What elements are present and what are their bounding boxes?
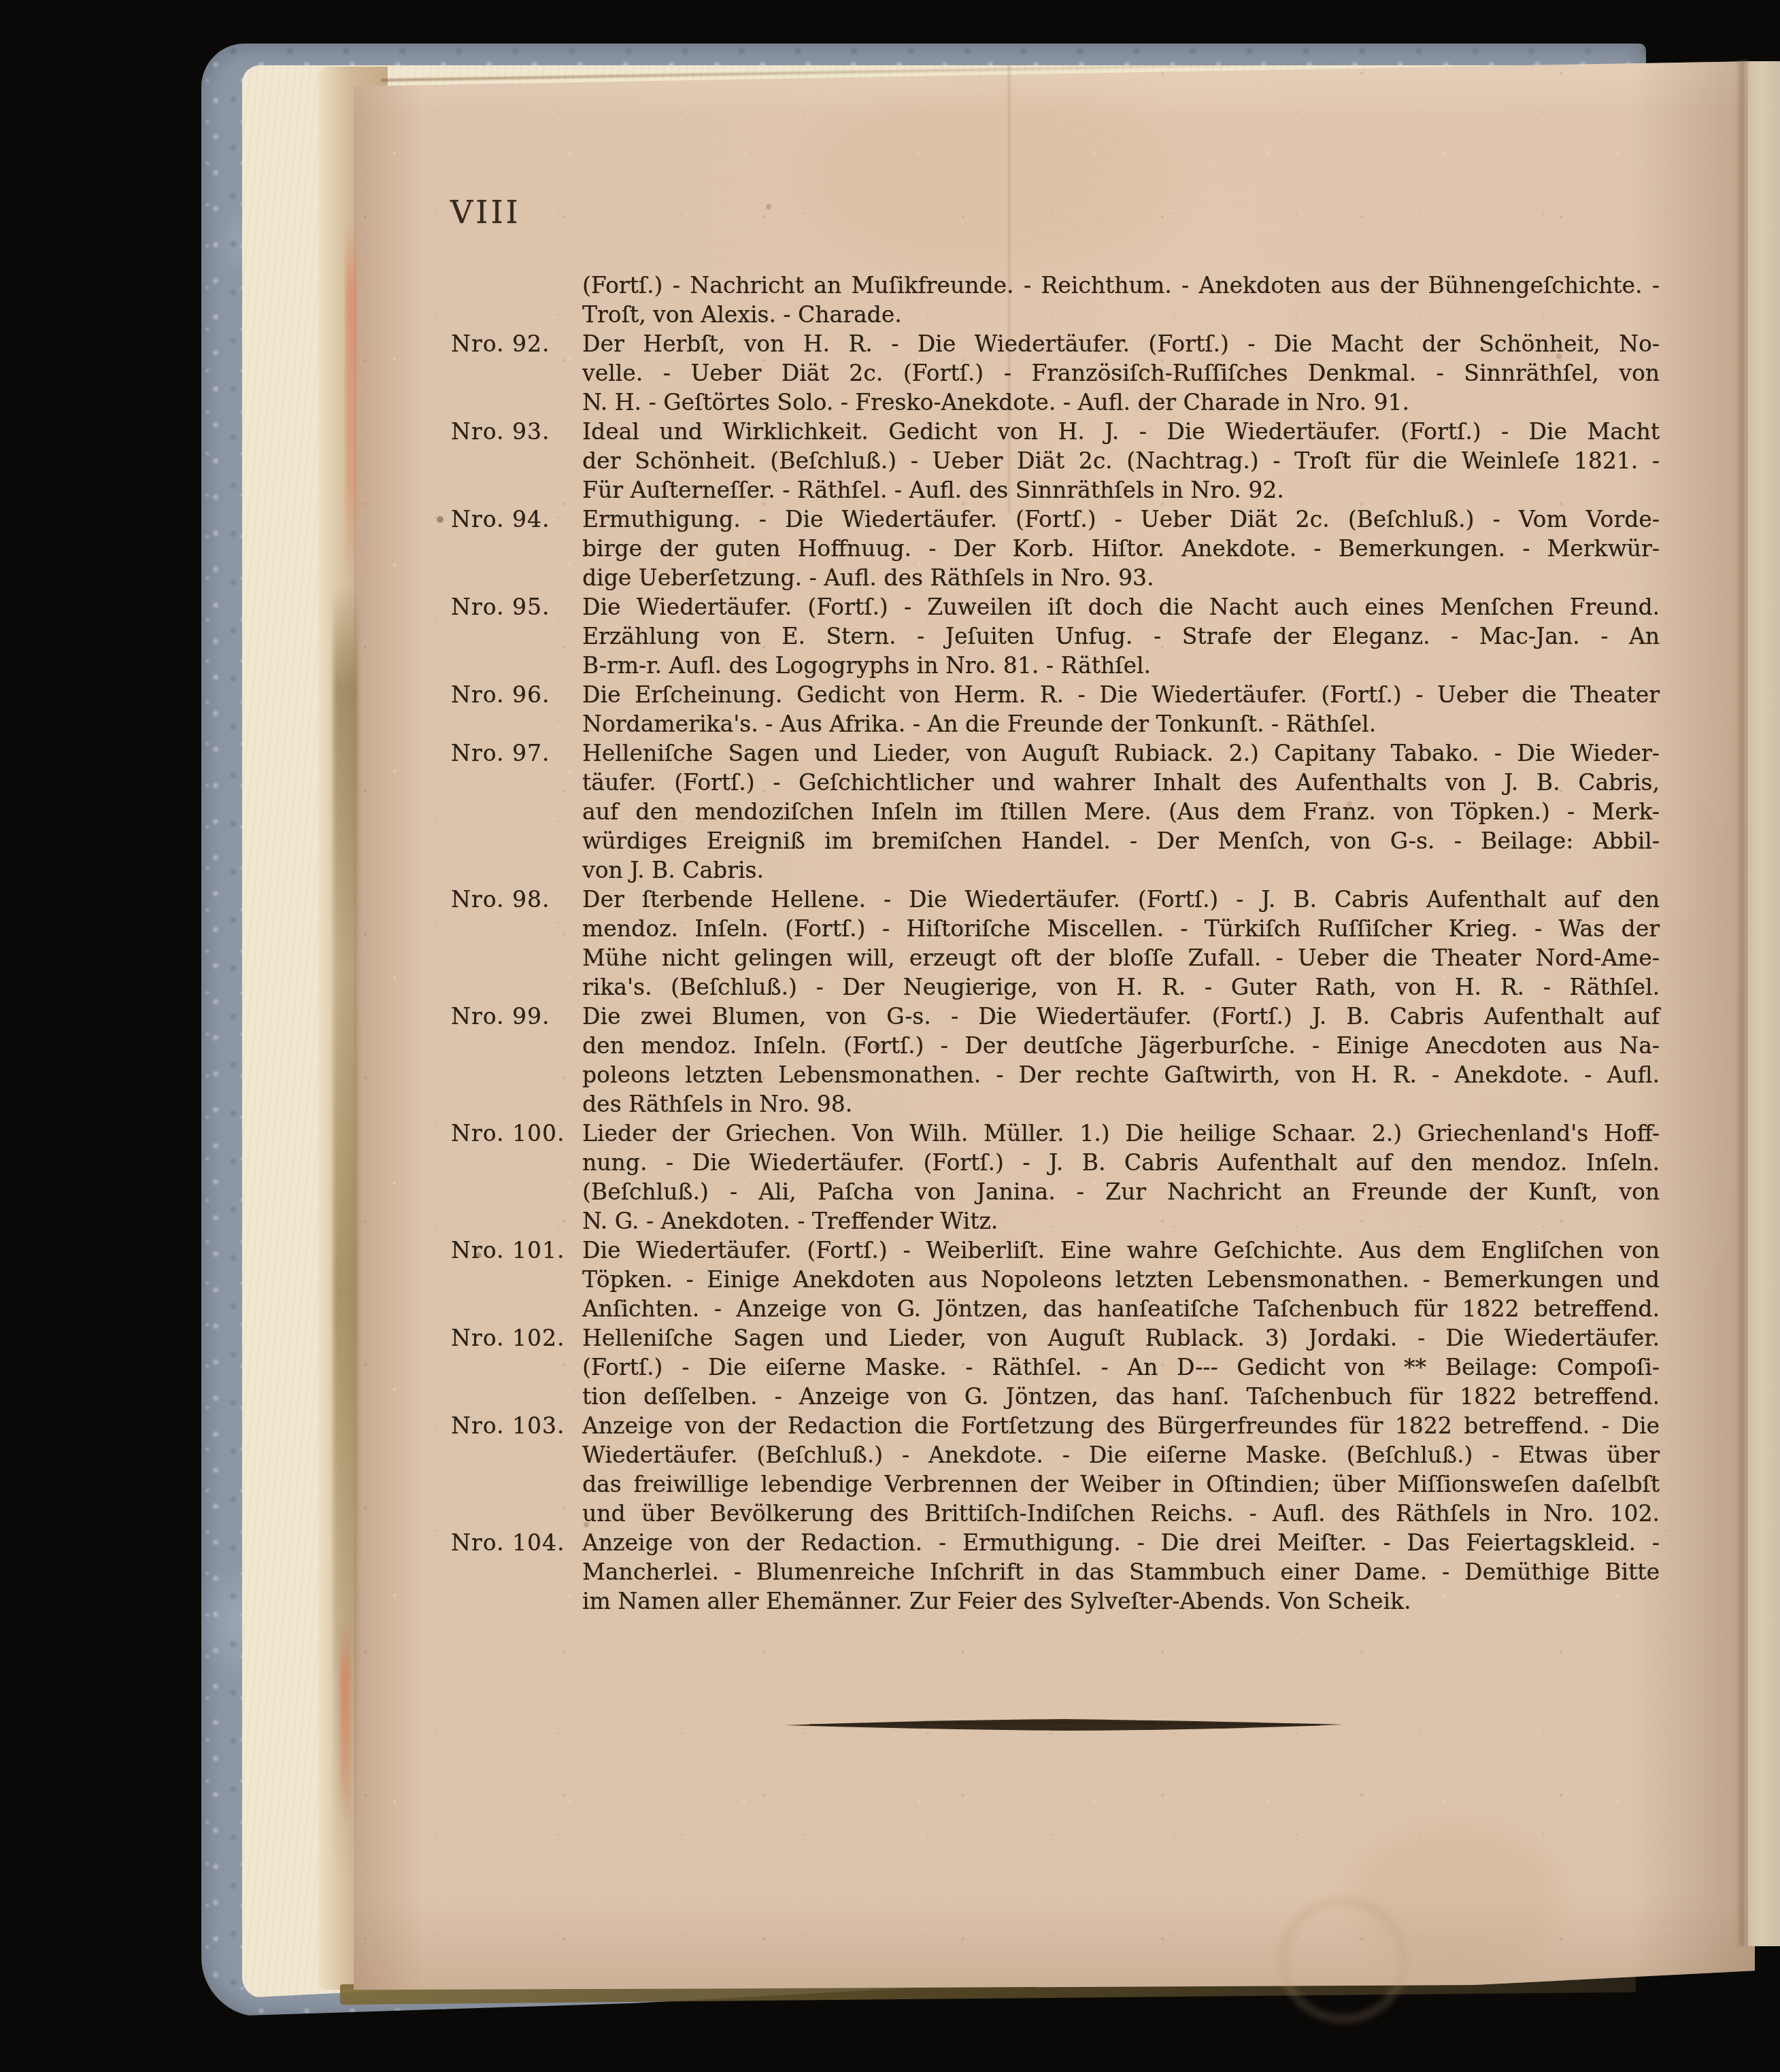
toc-entry-number: Nro. 96. [451, 680, 577, 709]
toc-line: Nro. 95.Die Wiedertäufer. (Fortſ.) - Zuw… [451, 592, 1660, 622]
toc-line: tion deſſelben. - Anzeige von G. Jöntzen… [451, 1382, 1660, 1411]
toc-entry-text: (Fortſ.) - Nachricht an Muſikfreunde. - … [582, 271, 1660, 300]
paper-stain-top [816, 88, 1170, 265]
toc-line: Mühe nicht gelingen will, erzeugt oft de… [451, 943, 1660, 972]
toc-line: Nro. 96.Die Erſcheinung. Gedicht von Her… [451, 680, 1660, 709]
toc-line: Mancherlei. - Blumenreiche Inſchrift in … [451, 1557, 1660, 1586]
toc-line: velle. - Ueber Diät 2c. (Fortſ.) - Franz… [451, 358, 1660, 388]
toc-line: von J. B. Cabris. [451, 855, 1660, 885]
toc-entry-text: auf den mendoziſchen Inſeln im ſtillen M… [582, 797, 1660, 826]
toc-entry-number: Nro. 93. [451, 417, 577, 446]
toc-line: Nro. 104.Anzeige von der Redaction. - Er… [451, 1528, 1660, 1557]
toc-line: (Beſchluß.) - Ali, Paſcha von Janina. - … [451, 1177, 1660, 1206]
toc-line: dige Ueberſetzung. - Aufl. des Räthſels … [451, 563, 1660, 592]
toc-line: Nro. 99.Die zwei Blumen, von G-s. - Die … [451, 1002, 1660, 1031]
toc-entry-text: der Schönheit. (Beſchluß.) - Ueber Diät … [582, 446, 1660, 475]
toc-entry-text: mendoz. Inſeln. (Fortſ.) - Hiſtoriſche M… [582, 914, 1660, 943]
toc-line: poleons letzten Lebensmonathen. - Der re… [451, 1060, 1660, 1089]
toc-entry-text: Ermuthigung. - Die Wiedertäufer. (Fortſ.… [582, 505, 1660, 534]
toc-entry-text: Mühe nicht gelingen will, erzeugt oft de… [582, 943, 1660, 972]
toc-line: N. H. - Geſtörtes Solo. - Fresko-Anekdot… [451, 388, 1660, 417]
toc-line: Anſichten. - Anzeige von G. Jöntzen, das… [451, 1294, 1660, 1323]
toc-entry-text: Töpken. - Einige Anekdoten aus Nopoleons… [582, 1265, 1660, 1294]
toc-entry-number: Nro. 102. [451, 1323, 577, 1353]
toc-entry-text: Helleniſche Sagen und Lieder, von Auguſt… [582, 1323, 1660, 1353]
toc-line: Für Auſterneſſer. - Räthſel. - Aufl. des… [451, 475, 1660, 505]
toc-entry-text: Der ſterbende Hellene. - Die Wiedertäufe… [582, 885, 1660, 914]
toc-line: mendoz. Inſeln. (Fortſ.) - Hiſtoriſche M… [451, 914, 1660, 943]
toc-line: Nro. 102.Helleniſche Sagen und Lieder, v… [451, 1323, 1660, 1353]
toc-line: Nro. 101.Die Wiedertäufer. (Fortſ.) - We… [451, 1236, 1660, 1265]
toc-line: und über Bevölkerung des Brittiſch-Indiſ… [451, 1499, 1660, 1528]
toc-line: rika's. (Beſchluß.) - Der Neugierige, vo… [451, 972, 1660, 1002]
toc-line: (Fortſ.) - Die eiſerne Maske. - Räthſel.… [451, 1353, 1660, 1382]
toc-entry-number: Nro. 103. [451, 1411, 577, 1440]
toc-entry-number: Nro. 94. [451, 505, 577, 534]
toc-entry-text: Die Erſcheinung. Gedicht von Herm. R. - … [582, 680, 1660, 709]
toc-line: des Räthſels in Nro. 98. [451, 1089, 1660, 1119]
toc-entry-text: Die Wiedertäufer. (Fortſ.) - Zuweilen iſ… [582, 592, 1660, 622]
toc-line: Töpken. - Einige Anekdoten aus Nopoleons… [451, 1265, 1660, 1294]
toc-entry-text: den mendoz. Inſeln. (Fortſ.) - Der deutſ… [582, 1031, 1660, 1060]
toc-line: birge der guten Hoffnuug. - Der Korb. Hi… [451, 534, 1660, 563]
page-number: VIII [450, 193, 545, 231]
toc-line: Nro. 97.Helleniſche Sagen und Lieder, vo… [451, 738, 1660, 768]
toc-line: Wiedertäufer. (Beſchluß.) - Anekdote. - … [451, 1440, 1660, 1470]
paper-specks [0, 0, 3, 3]
toc-entry-text: Mancherlei. - Blumenreiche Inſchrift in … [582, 1557, 1660, 1586]
toc-entry-text: (Beſchluß.) - Ali, Paſcha von Janina. - … [582, 1177, 1660, 1206]
toc-line: das freiwillige lebendige Verbrennen der… [451, 1470, 1660, 1499]
deckle-red-stain-lower [340, 1618, 350, 1822]
toc-line: nung. - Die Wiedertäufer. (Fortſ.) - J. … [451, 1148, 1660, 1177]
toc-entry-text: Troſt, von Alexis. - Charade. [582, 300, 1660, 329]
toc-line: der Schönheit. (Beſchluß.) - Ueber Diät … [451, 446, 1660, 475]
toc-entry-number: Nro. 99. [451, 1002, 577, 1031]
toc-entry-text: N. H. - Geſtörtes Solo. - Fresko-Anekdot… [582, 388, 1660, 417]
toc-entry-text: tion deſſelben. - Anzeige von G. Jöntzen… [582, 1382, 1660, 1411]
toc-entry-text: poleons letzten Lebensmonathen. - Der re… [582, 1060, 1660, 1089]
toc-entry-text: Helleniſche Sagen und Lieder, von Auguſt… [582, 738, 1660, 768]
deckle-red-stain [346, 224, 356, 578]
toc-entry-text: und über Bevölkerung des Brittiſch-Indiſ… [582, 1499, 1660, 1528]
toc-line: Nro. 98.Der ſterbende Hellene. - Die Wie… [451, 885, 1660, 914]
toc-entry-text: N. G. - Anekdoten. - Treffender Witz. [582, 1206, 1660, 1236]
toc-entry-text: von J. B. Cabris. [582, 855, 1660, 885]
toc-entry-text: Anſichten. - Anzeige von G. Jöntzen, das… [582, 1294, 1660, 1323]
toc-line: (Fortſ.) - Nachricht an Muſikfreunde. - … [451, 271, 1660, 300]
toc-entry-text: Für Auſterneſſer. - Räthſel. - Aufl. des… [582, 475, 1660, 505]
toc-entry-text: birge der guten Hoffnuug. - Der Korb. Hi… [582, 534, 1660, 563]
toc-entry-text: Nordamerika's. - Aus Afrika. - An die Fr… [582, 709, 1660, 738]
toc-line: N. G. - Anekdoten. - Treffender Witz. [451, 1206, 1660, 1236]
toc-entry-text: velle. - Ueber Diät 2c. (Fortſ.) - Franz… [582, 358, 1660, 388]
toc-entry-text: Ideal und Wirklichkeit. Gedicht von H. J… [582, 417, 1660, 446]
toc-entry-text: Der Herbſt, von H. R. - Die Wiedertäufer… [582, 329, 1660, 358]
toc-entry-text: Anzeige von der Redaction die Fortſetzun… [582, 1411, 1660, 1440]
toc-line: täufer. (Fortſ.) - Geſchichtlicher und w… [451, 768, 1660, 797]
toc-entry-text: Die zwei Blumen, von G-s. - Die Wiedertä… [582, 1002, 1660, 1031]
toc-entry-text: das freiwillige lebendige Verbrennen der… [582, 1470, 1660, 1499]
paper-stain [1354, 1829, 1558, 1972]
toc-entry-number: Nro. 101. [451, 1236, 577, 1265]
toc-entry-text: Wiedertäufer. (Beſchluß.) - Anekdote. - … [582, 1440, 1660, 1470]
toc-line: Nro. 93.Ideal und Wirklichkeit. Gedicht … [451, 417, 1660, 446]
toc-entry-number: Nro. 104. [451, 1528, 577, 1557]
toc-entry-text: dige Ueberſetzung. - Aufl. des Räthſels … [582, 563, 1660, 592]
toc-line: Nro. 92.Der Herbſt, von H. R. - Die Wied… [451, 329, 1660, 358]
decorative-swelled-rule [782, 1716, 1345, 1734]
toc-entry-number: Nro. 100. [451, 1119, 577, 1148]
toc-entry-text: des Räthſels in Nro. 98. [582, 1089, 1660, 1119]
toc-line: Nordamerika's. - Aus Afrika. - An die Fr… [451, 709, 1660, 738]
toc-entry-text: Erzählung von E. Stern. - Jeſuiten Unfug… [582, 622, 1660, 651]
toc-entry-number: Nro. 92. [451, 329, 577, 358]
toc-line: würdiges Ereigniß im bremiſchen Handel. … [451, 826, 1660, 855]
toc-entry-text: würdiges Ereigniß im bremiſchen Handel. … [582, 826, 1660, 855]
toc-entry-text: täufer. (Fortſ.) - Geſchichtlicher und w… [582, 768, 1660, 797]
adjacent-page-fore-edge [1748, 61, 1780, 1946]
toc-line: B-rm-r. Aufl. des Logogryphs in Nro. 81.… [451, 651, 1660, 680]
toc-entry-text: Anzeige von der Redaction. - Ermuthigung… [582, 1528, 1660, 1557]
book-scan: VIII (Fortſ.) - Nachricht an Muſikfreund… [0, 0, 1780, 2072]
toc-entry-number: Nro. 95. [451, 592, 577, 622]
toc-entry-text: im Namen aller Ehemänner. Zur Feier des … [582, 1586, 1660, 1616]
toc-line: auf den mendoziſchen Inſeln im ſtillen M… [451, 797, 1660, 826]
toc-line: im Namen aller Ehemänner. Zur Feier des … [451, 1586, 1660, 1616]
toc-line: Nro. 94.Ermuthigung. - Die Wiedertäufer.… [451, 505, 1660, 534]
toc-entry-text: Lieder der Griechen. Von Wilh. Müller. 1… [582, 1119, 1660, 1148]
toc-entry-text: rika's. (Beſchluß.) - Der Neugierige, vo… [582, 972, 1660, 1002]
toc-entry-text: nung. - Die Wiedertäufer. (Fortſ.) - J. … [582, 1148, 1660, 1177]
toc-line: Troſt, von Alexis. - Charade. [451, 300, 1660, 329]
table-of-contents: (Fortſ.) - Nachricht an Muſikfreunde. - … [451, 271, 1660, 1631]
toc-entry-number: Nro. 98. [451, 885, 577, 914]
toc-entry-text: (Fortſ.) - Die eiſerne Maske. - Räthſel.… [582, 1353, 1660, 1382]
toc-line: den mendoz. Inſeln. (Fortſ.) - Der deutſ… [451, 1031, 1660, 1060]
toc-line: Erzählung von E. Stern. - Jeſuiten Unfug… [451, 622, 1660, 651]
toc-entry-text: B-rm-r. Aufl. des Logogryphs in Nro. 81.… [582, 651, 1660, 680]
toc-line: Nro. 100.Lieder der Griechen. Von Wilh. … [451, 1119, 1660, 1148]
toc-entry-text: Die Wiedertäufer. (Fortſ.) - Weiberliſt.… [582, 1236, 1660, 1265]
toc-entry-number: Nro. 97. [451, 738, 577, 768]
toc-line: Nro. 103.Anzeige von der Redaction die F… [451, 1411, 1660, 1440]
